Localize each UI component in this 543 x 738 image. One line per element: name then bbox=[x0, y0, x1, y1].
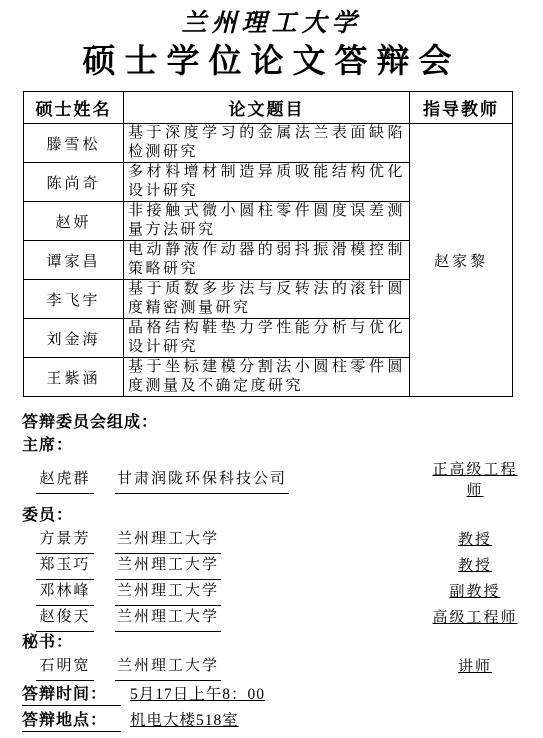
thesis-title-cell: 多材料增材制造异质吸能结构优化设计研究 bbox=[124, 163, 410, 202]
chair-name: 赵虎群 bbox=[36, 467, 94, 494]
member-row: 方景芳 兰州理工大学 教授 bbox=[22, 527, 525, 553]
members-list: 方景芳 兰州理工大学 教授 郑玉巧 兰州理工大学 教授 邓林峰 兰州理工大学 副… bbox=[22, 527, 525, 631]
thesis-title-cell: 非接触式微小圆柱零件圆度误差测量方法研究 bbox=[124, 202, 410, 241]
defense-location-value: 机电大楼518室 bbox=[130, 708, 239, 730]
member-title: 教授 bbox=[425, 556, 525, 577]
member-title: 教授 bbox=[425, 530, 525, 551]
university-logo-calligraphy: 兰州理工大学 bbox=[0, 8, 543, 40]
secretary-affiliation: 兰州理工大学 bbox=[115, 654, 221, 681]
member-row: 赵俊天 兰州理工大学 高级工程师 bbox=[22, 605, 525, 631]
committee-section: 答辩委员会组成： 主席： 赵虎群 甘肃润陇环保科技公司 正高级工程师 委员： 方… bbox=[22, 411, 525, 680]
members-label: 委员： bbox=[22, 504, 525, 527]
thesis-title-cell: 基于深度学习的金属法兰表面缺陷检测研究 bbox=[124, 124, 410, 163]
member-affiliation: 兰州理工大学 bbox=[115, 527, 221, 554]
member-title: 高级工程师 bbox=[425, 608, 525, 629]
student-name-cell: 滕雪松 bbox=[24, 124, 124, 163]
defense-time-label: 答辩时间： bbox=[22, 681, 121, 706]
member-affiliation: 兰州理工大学 bbox=[115, 605, 221, 632]
thesis-title-cell: 基于质数多步法与反转法的滚针圆度精密测量研究 bbox=[124, 280, 410, 319]
thesis-table: 硕士姓名 论文题目 指导教师 滕雪松 基于深度学习的金属法兰表面缺陷检测研究 赵… bbox=[23, 91, 513, 397]
member-row: 邓林峰 兰州理工大学 副教授 bbox=[22, 579, 525, 605]
defense-location-label: 答辩地点： bbox=[22, 707, 121, 732]
chair-row: 赵虎群 甘肃润陇环保科技公司 正高级工程师 bbox=[22, 457, 525, 504]
chair-affiliation: 甘肃润陇环保科技公司 bbox=[115, 467, 289, 494]
advisor-cell: 赵家黎 bbox=[410, 124, 513, 397]
student-name-cell: 谭家昌 bbox=[24, 241, 124, 280]
secretary-label: 秘书： bbox=[22, 631, 525, 654]
chair-label: 主席： bbox=[22, 434, 525, 457]
col-header-student-name: 硕士姓名 bbox=[24, 92, 124, 124]
thesis-title-cell: 电动静液作动器的弱抖振滑模控制策略研究 bbox=[124, 241, 410, 280]
secretary-name: 石明宽 bbox=[36, 654, 94, 681]
member-affiliation: 兰州理工大学 bbox=[115, 553, 221, 580]
defense-location-row: 答辩地点： 机电大楼518室 bbox=[22, 706, 543, 732]
member-name: 郑玉巧 bbox=[36, 553, 94, 580]
table-row: 滕雪松 基于深度学习的金属法兰表面缺陷检测研究 赵家黎 bbox=[24, 124, 513, 163]
member-row: 郑玉巧 兰州理工大学 教授 bbox=[22, 553, 525, 579]
student-name-cell: 李飞宇 bbox=[24, 280, 124, 319]
document-page: 兰州理工大学 硕士学位论文答辩会 硕士姓名 论文题目 指导教师 滕雪松 基于深度… bbox=[0, 0, 543, 738]
member-name: 赵俊天 bbox=[36, 605, 94, 632]
member-affiliation: 兰州理工大学 bbox=[115, 579, 221, 606]
chair-title: 正高级工程师 bbox=[425, 460, 525, 502]
defense-time-value: 5月17日上午8：00 bbox=[130, 682, 265, 704]
defense-time-row: 答辩时间： 5月17日上午8：00 bbox=[22, 680, 543, 706]
secretary-title: 讲师 bbox=[425, 657, 525, 678]
member-title: 副教授 bbox=[425, 582, 525, 603]
col-header-advisor: 指导教师 bbox=[410, 92, 513, 124]
secretary-row: 石明宽 兰州理工大学 讲师 bbox=[22, 654, 525, 680]
student-name-cell: 赵妍 bbox=[24, 202, 124, 241]
student-name-cell: 刘金海 bbox=[24, 319, 124, 358]
member-name: 邓林峰 bbox=[36, 579, 94, 606]
student-name-cell: 陈尚奇 bbox=[24, 163, 124, 202]
thesis-title-cell: 晶格结构鞋垫力学性能分析与优化设计研究 bbox=[124, 319, 410, 358]
thesis-title-cell: 基于坐标建模分割法小圆柱零件圆度测量及不确定度研究 bbox=[124, 358, 410, 397]
committee-heading: 答辩委员会组成： bbox=[22, 411, 525, 434]
page-title: 硕士学位论文答辩会 bbox=[0, 41, 543, 83]
col-header-thesis-title: 论文题目 bbox=[124, 92, 410, 124]
student-name-cell: 王紫涵 bbox=[24, 358, 124, 397]
table-header-row: 硕士姓名 论文题目 指导教师 bbox=[24, 92, 513, 124]
thesis-table-body: 滕雪松 基于深度学习的金属法兰表面缺陷检测研究 赵家黎 陈尚奇 多材料增材制造异… bbox=[24, 124, 513, 397]
member-name: 方景芳 bbox=[36, 527, 94, 554]
